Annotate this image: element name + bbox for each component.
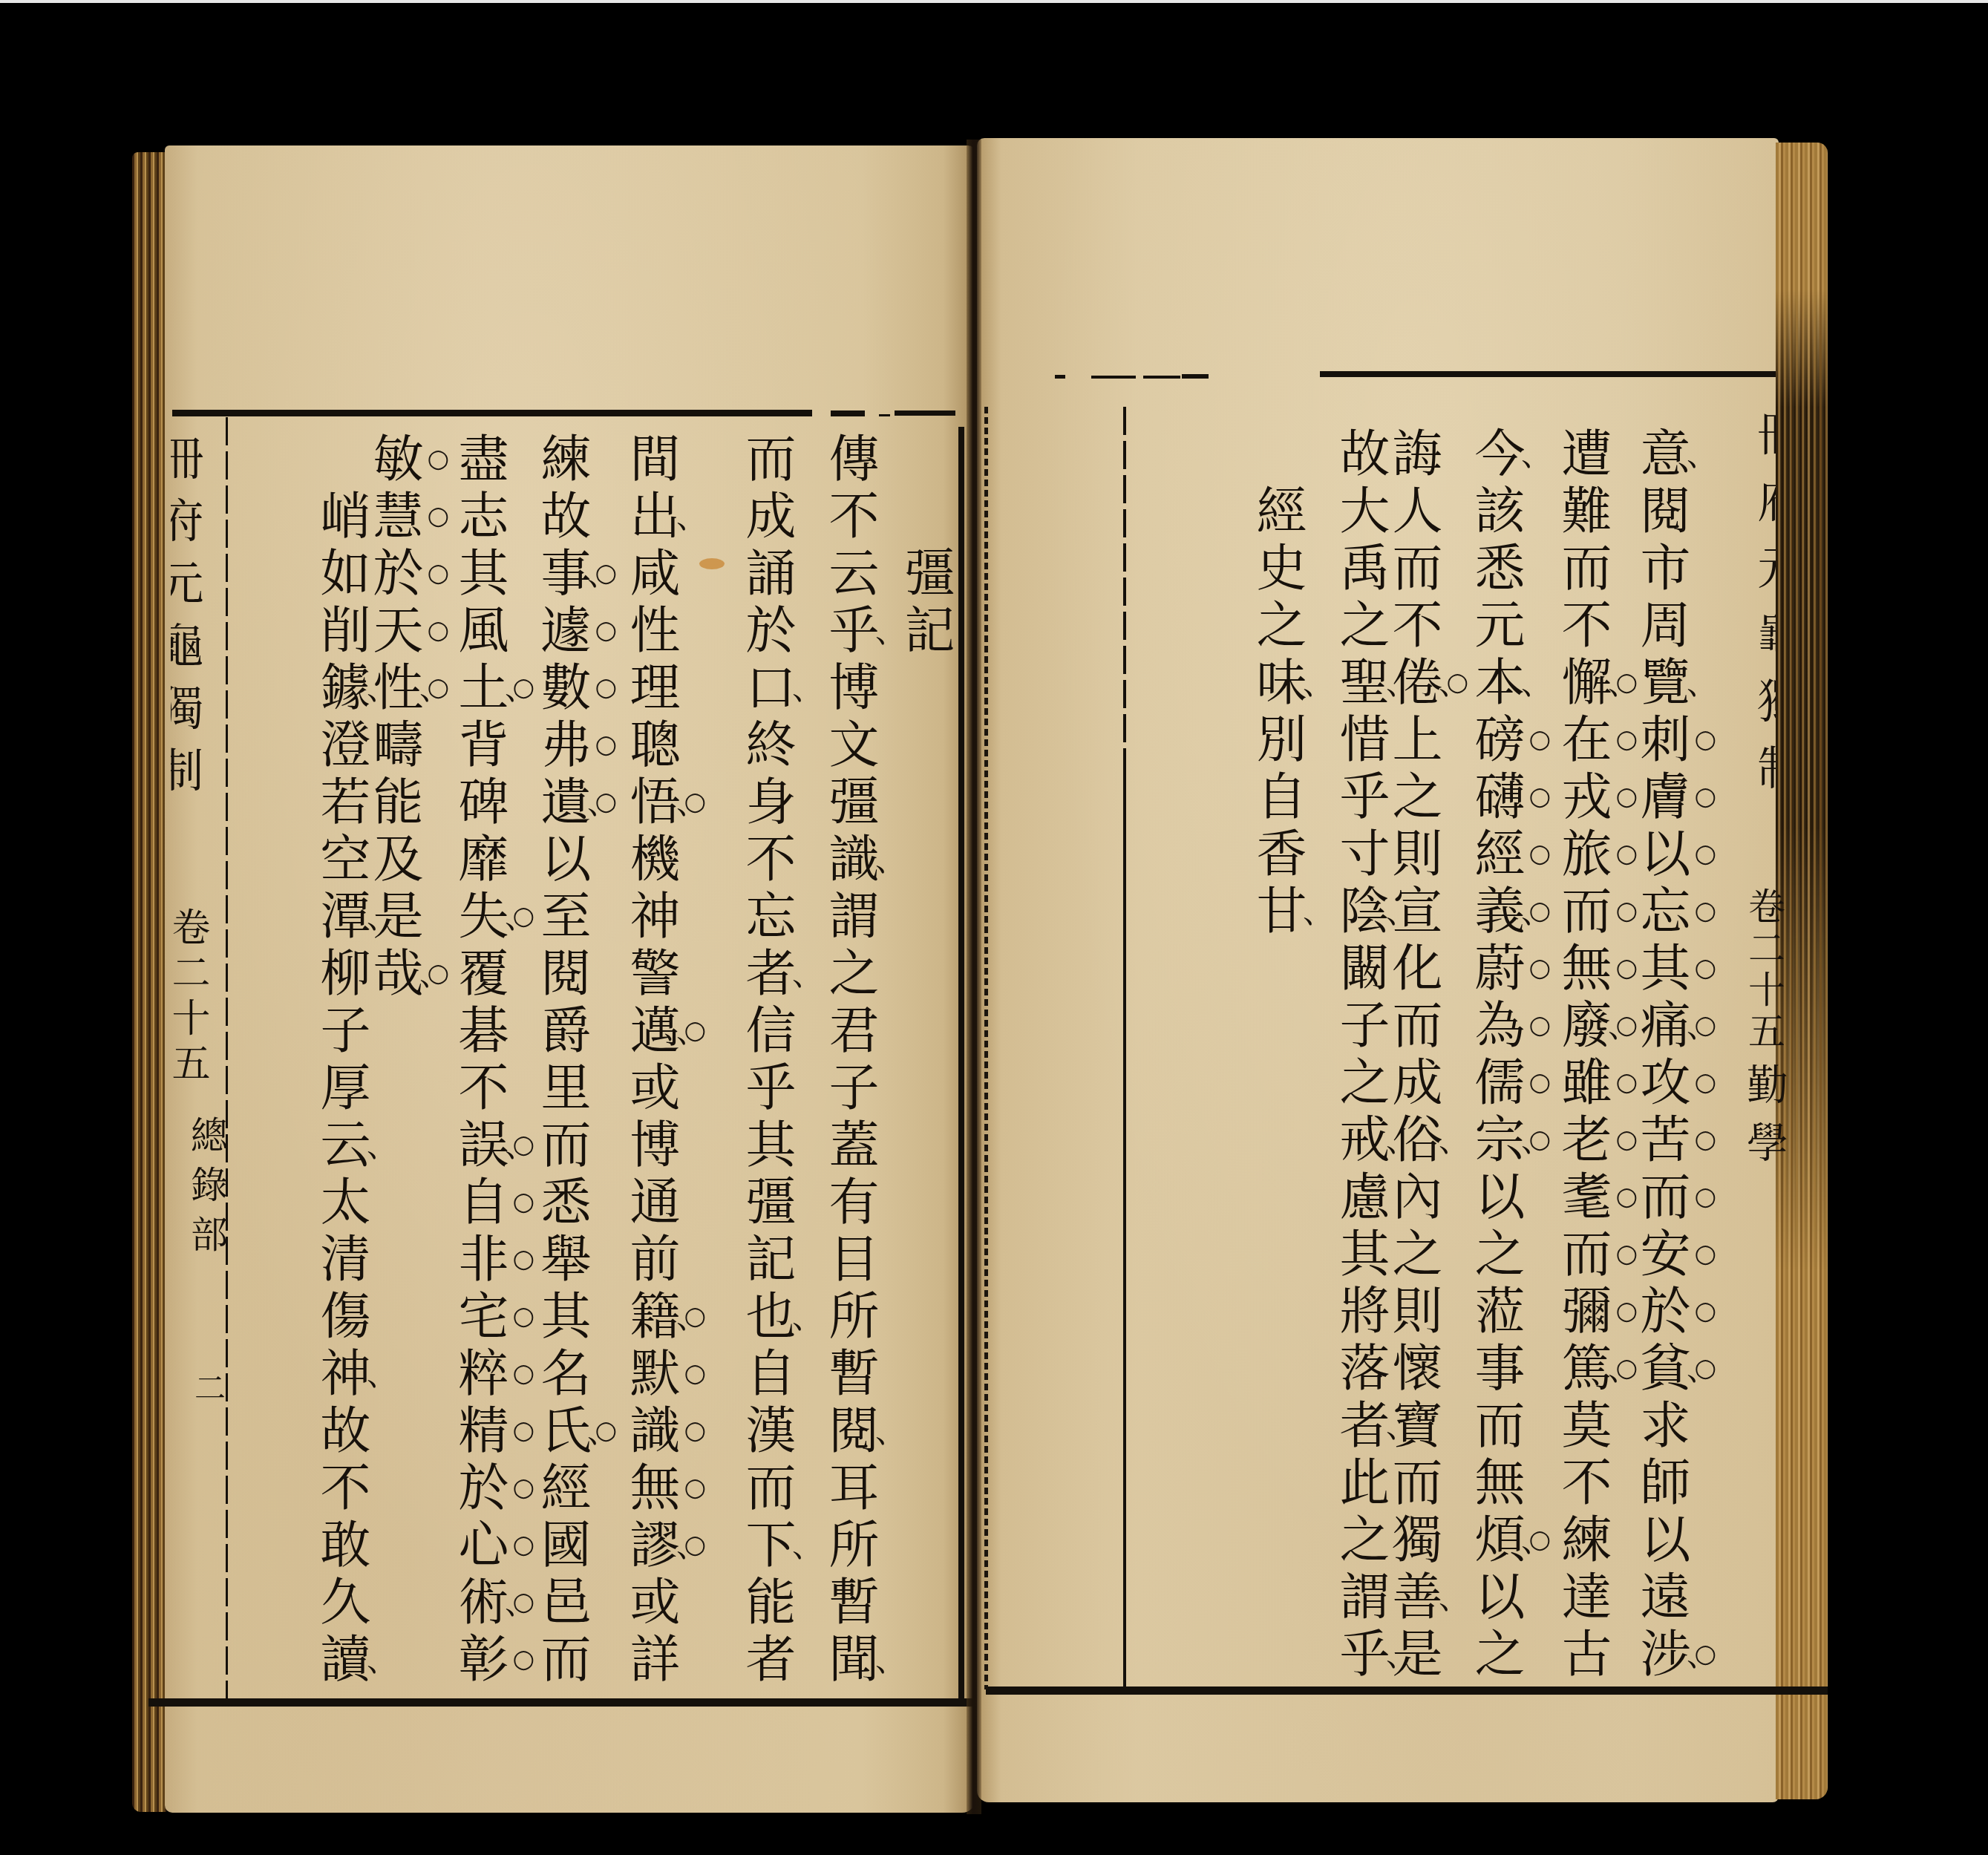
- binding-gutter: [967, 140, 981, 1814]
- text-column: 誨人而不倦、上之則宣化而成俗、內之則懷寶而獨善、是: [1413, 427, 1472, 1733]
- right-page: 冊府元龜獨制 卷二十五 勤學 意、閱市周覽、刺膚以忘其痛、攻苦而安於貧、求師以遠…: [0, 0, 1988, 1855]
- text-segment: 、以之: [1466, 1570, 1525, 1684]
- text-column: 遭難而不懈、在戎旅而無廢、雖老耄而彌篤、莫不練達古: [1582, 427, 1641, 1733]
- text-column: 意、閱市周覽、刺膚以忘其痛、攻苦而安於貧、求師以遠涉、: [1661, 427, 1720, 1733]
- fold-volume: 卷二十五: [1744, 887, 1784, 1053]
- frame-inner-rule: [1123, 765, 1126, 1690]
- text-column: 今、該悉元本、磅礴經義、蔚為儒宗、以之蒞事而無煩、以之: [1495, 427, 1554, 1733]
- text-segment: 磅礴經義、蔚為儒宗: [1466, 713, 1525, 1170]
- text-segment: 、以之蒞事而無: [1466, 1170, 1525, 1513]
- frame-inner-rule-dashed: [1123, 407, 1126, 765]
- fold-title: 冊府元龜獨制: [1750, 410, 1776, 811]
- frame-top-rule-fragment: [1182, 374, 1209, 379]
- text-segment: 經史之味、別自香甘、: [1248, 484, 1307, 941]
- text-segment: 、上之則宣化而成俗、內之則懷寶而獨善、是: [1384, 713, 1442, 1684]
- frame-top-rule-fragment: [1143, 376, 1180, 379]
- frame-side-rule: [984, 407, 988, 1689]
- fold-section: 勤學: [1742, 1063, 1785, 1179]
- fold-title-clip: 冊府元龜獨制: [1737, 410, 1776, 825]
- text-segment: 在戎旅而無廢、雖老耄而彌篤: [1553, 713, 1612, 1398]
- book-scan: 冊府元龜獨制 卷二十五 總錄部 二 彊記 傳不云乎、博文彊識、謂之君子蓋有目所暫…: [0, 0, 1988, 1855]
- text-column: 故大禹之聖、惜乎寸陰、闞子之戒、慮其將落者、此之謂乎、: [1330, 427, 1390, 1733]
- text-column: 經史之味、別自香甘、: [1247, 484, 1307, 1790]
- text-segment: 、莫不練達古: [1553, 1398, 1612, 1684]
- text-segment: 誨人而不: [1384, 427, 1442, 655]
- text-segment: 遭難而不: [1553, 427, 1612, 655]
- text-segment: 故大禹之聖、惜乎寸陰、闞子之戒、慮其將落者、此之謂乎、: [1331, 427, 1390, 1684]
- frame-top-rule: [1320, 371, 1776, 377]
- text-segment: 今、該悉元本、: [1466, 427, 1525, 713]
- frame-top-rule-fragment: [1091, 376, 1136, 379]
- frame-top-rule-fragment: [1055, 375, 1065, 379]
